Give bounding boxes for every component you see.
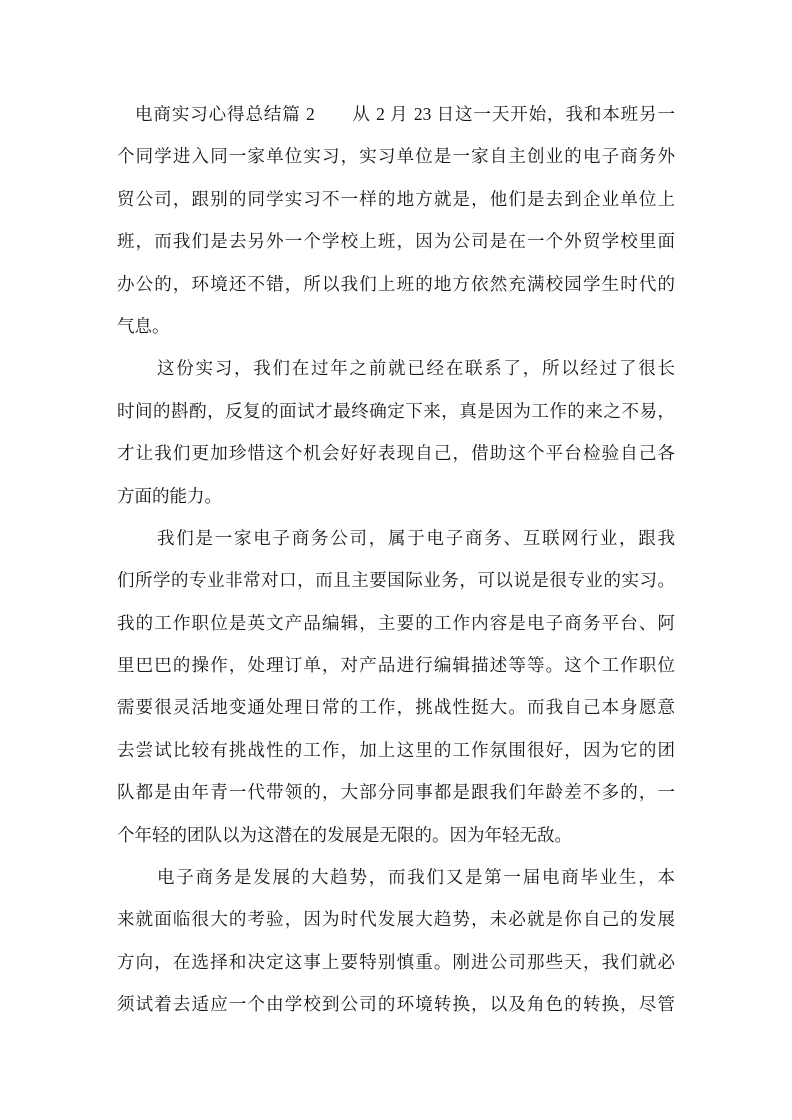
text-line: 个年轻的团队以为这潜在的发展是无限的。因为年轻无敌。	[117, 814, 675, 856]
text-line: 方面的能力。	[117, 475, 675, 517]
text-line: 时间的斟酌，反复的面试才最终确定下来，真是因为工作的来之不易，	[117, 390, 675, 432]
text-line: 来就面临很大的考验，因为时代发展大趋势，未必就是你自己的发展	[117, 898, 675, 940]
text-line: 队都是由年青一代带领的，大部分同事都是跟我们年龄差不多的，一	[117, 771, 675, 813]
document-body: 电商实习心得总结篇 2 从 2 月 23 日这一天开始，我和本班另一个同学进入同…	[117, 93, 675, 1026]
text-line: 我们是一家电子商务公司，属于电子商务、互联网行业，跟我	[117, 517, 675, 559]
text-line: 才让我们更加珍惜这个机会好好表现自己，借助这个平台检验自己各	[117, 432, 675, 474]
text-line: 贸公司，跟别的同学实习不一样的地方就是，他们是去到企业单位上	[117, 178, 675, 220]
text-line: 个同学进入同一家单位实习，实习单位是一家自主创业的电子商务外	[117, 135, 675, 177]
text-line: 电子商务是发展的大趋势，而我们又是第一届电商毕业生，本	[117, 856, 675, 898]
text-line: 办公的，环境还不错，所以我们上班的地方依然充满校园学生时代的	[117, 263, 675, 305]
paragraph: 这份实习，我们在过年之前就已经在联系了，所以经过了很长时间的斟酌，反复的面试才最…	[117, 347, 675, 517]
text-line: 们所学的专业非常对口，而且主要国际业务，可以说是很专业的实习。	[117, 559, 675, 601]
document-page: 电商实习心得总结篇 2 从 2 月 23 日这一天开始，我和本班另一个同学进入同…	[0, 0, 792, 1120]
paragraph: 我们是一家电子商务公司，属于电子商务、互联网行业，跟我们所学的专业非常对口，而且…	[117, 517, 675, 856]
text-line: 里巴巴的操作，处理订单，对产品进行编辑描述等等。这个工作职位	[117, 644, 675, 686]
text-line: 气息。	[117, 305, 675, 347]
text-line: 班，而我们是去另外一个学校上班，因为公司是在一个外贸学校里面	[117, 220, 675, 262]
text-line: 去尝试比较有挑战性的工作，加上这里的工作氛围很好，因为它的团	[117, 729, 675, 771]
paragraph: 电子商务是发展的大趋势，而我们又是第一届电商毕业生，本来就面临很大的考验，因为时…	[117, 856, 675, 1026]
text-line: 电商实习心得总结篇 2 从 2 月 23 日这一天开始，我和本班另一	[117, 93, 675, 135]
text-line: 方向，在选择和决定这事上要特别慎重。刚进公司那些天，我们就必	[117, 941, 675, 983]
text-line: 须试着去适应一个由学校到公司的环境转换，以及角色的转换，尽管	[117, 983, 675, 1025]
text-line: 这份实习，我们在过年之前就已经在联系了，所以经过了很长	[117, 347, 675, 389]
text-line: 需要很灵活地变通处理日常的工作，挑战性挺大。而我自己本身愿意	[117, 686, 675, 728]
text-line: 我的工作职位是英文产品编辑，主要的工作内容是电子商务平台、阿	[117, 602, 675, 644]
paragraph: 电商实习心得总结篇 2 从 2 月 23 日这一天开始，我和本班另一个同学进入同…	[117, 93, 675, 347]
